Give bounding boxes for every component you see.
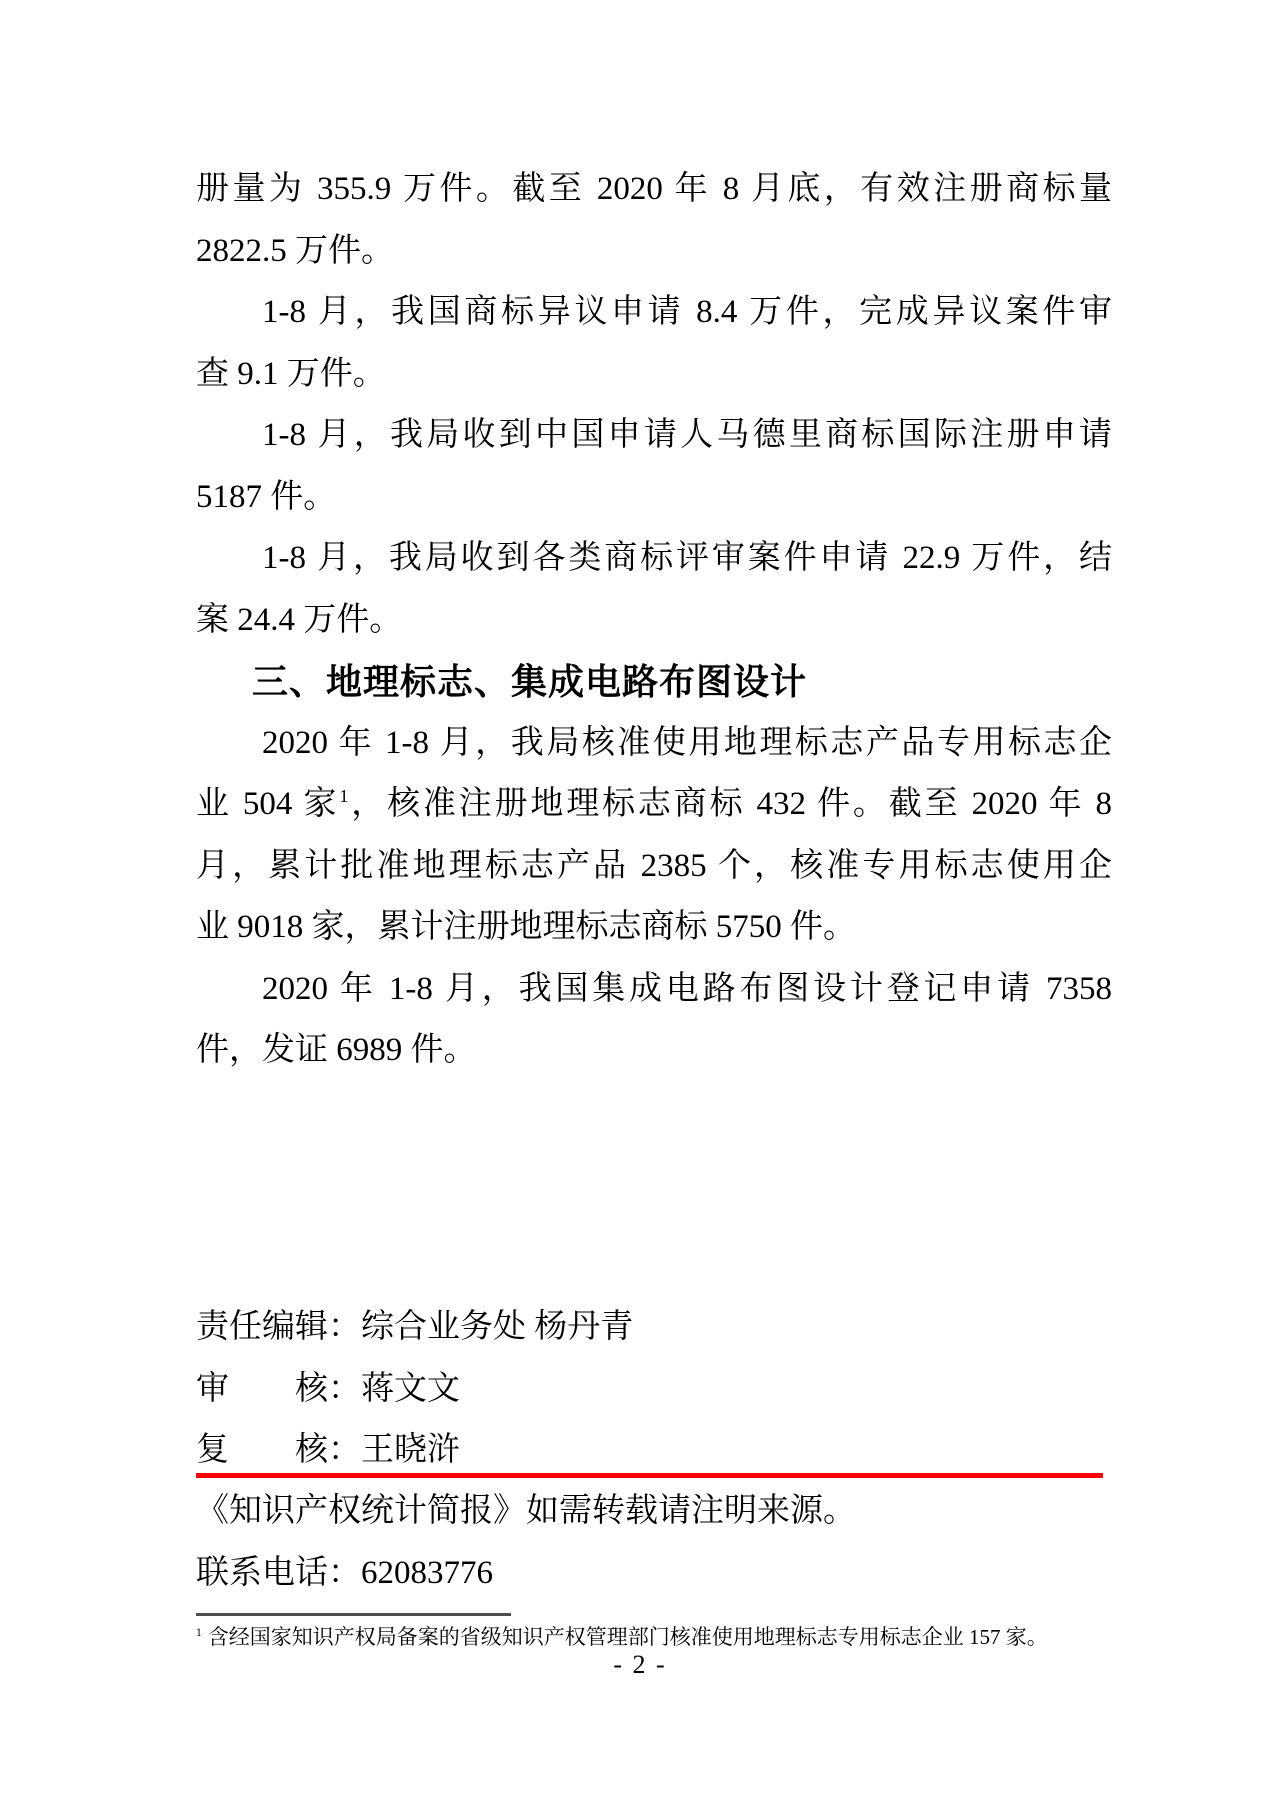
body-line: 业 504 家1，核准注册地理标志商标 432 件。截至 2020 年 8 [196, 774, 1112, 836]
credit-label: 复 核： [196, 1432, 361, 1468]
body-line: 2822.5 万件。 [196, 221, 1112, 283]
page-number: - 2 - [0, 1650, 1280, 1680]
credit-value: 综合业务处 杨丹青 [361, 1309, 633, 1345]
footnote-text: 含经国家知识产权局备案的省级知识产权管理部门核准使用地理标志专用标志企业 157… [208, 1625, 1048, 1649]
body-line: 查 9.1 万件。 [196, 344, 1112, 406]
body-line: 5187 件。 [196, 467, 1112, 529]
credit-label: 责任编辑： [196, 1309, 361, 1345]
section-heading: 三、地理标志、集成电路布图设计 [196, 651, 1112, 713]
body-line: 业 9018 家，累计注册地理标志商标 5750 件。 [196, 897, 1112, 959]
footnote-marker: 1 [196, 1627, 202, 1639]
body-line: 月，累计批准地理标志产品 2385 个，核准专用标志使用企 [196, 836, 1112, 898]
body-text-block: 册量为 355.9 万件。截至 2020 年 8 月底，有效注册商标量2822.… [196, 159, 1112, 1082]
credit-label: 审 核： [196, 1371, 361, 1407]
body-line: 1-8 月，我国商标异议申请 8.4 万件，完成异议案件审 [196, 282, 1112, 344]
body-line: 册量为 355.9 万件。截至 2020 年 8 月底，有效注册商标量 [196, 159, 1112, 221]
footnote-separator-rule [196, 1613, 511, 1616]
body-line: 2020 年 1-8 月，我局核准使用地理标志产品专用标志企 [196, 713, 1112, 775]
body-line: 案 24.4 万件。 [196, 590, 1112, 652]
footer-info-block: 《知识产权统计简报》如需转载请注明来源。 联系电话：62083776 [196, 1481, 1112, 1604]
credit-line: 责任编辑：综合业务处 杨丹青 [196, 1297, 1112, 1359]
document-page: 册量为 355.9 万件。截至 2020 年 8 月底，有效注册商标量2822.… [0, 0, 1280, 1810]
credits-block: 责任编辑：综合业务处 杨丹青审 核：蒋文文复 核：王晓浒 [196, 1297, 1112, 1482]
body-line: 1-8 月，我局收到中国申请人马德里商标国际注册申请 [196, 405, 1112, 467]
credit-value: 王晓浒 [361, 1432, 460, 1468]
contact-phone: 联系电话：62083776 [196, 1543, 1112, 1605]
reprint-notice: 《知识产权统计简报》如需转载请注明来源。 [196, 1481, 1112, 1543]
credit-line: 审 核：蒋文文 [196, 1359, 1112, 1421]
red-divider-rule [196, 1473, 1103, 1478]
body-line: 1-8 月，我局收到各类商标评审案件申请 22.9 万件，结 [196, 528, 1112, 590]
footnote: 1含经国家知识产权局备案的省级知识产权管理部门核准使用地理标志专用标志企业 15… [196, 1622, 1126, 1652]
credit-value: 蒋文文 [361, 1371, 460, 1407]
body-line: 2020 年 1-8 月，我国集成电路布图设计登记申请 7358 [196, 959, 1112, 1021]
body-line: 件，发证 6989 件。 [196, 1020, 1112, 1082]
